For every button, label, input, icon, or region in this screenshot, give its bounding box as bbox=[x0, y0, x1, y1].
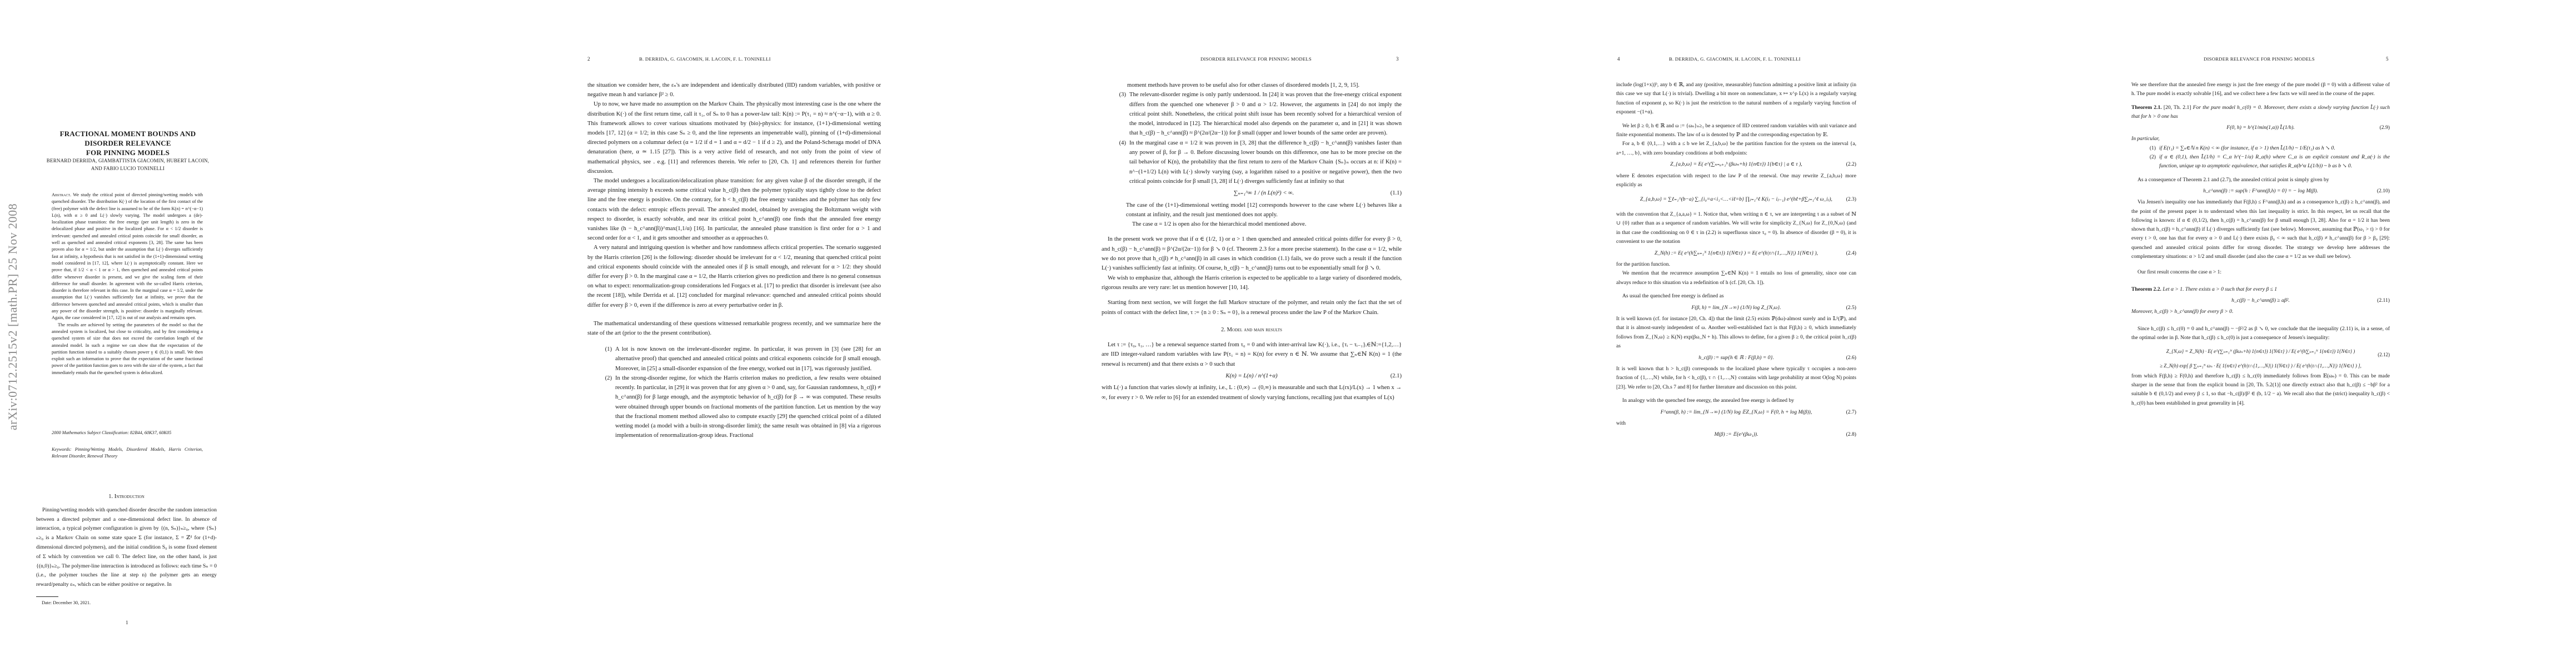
paragraph: Let τ := {τ₀, τ₁, …} be a renewal sequen… bbox=[1102, 340, 1402, 369]
paragraph: the situation we consider here, the εₙ's… bbox=[587, 81, 881, 99]
paragraph: for the partition function. bbox=[1616, 260, 1856, 269]
theorem-label: Theorem 2.1. bbox=[2131, 104, 2162, 111]
list-item: (4)In the marginal case α = 1/2 it was p… bbox=[1112, 138, 1402, 186]
paragraph: Via Jensen's inequality one has immediat… bbox=[2131, 198, 2390, 261]
equation-2-1: K(n) = L(n) / n^(1+α) (2.1) bbox=[1102, 369, 1402, 383]
paragraph: Starting from next section, we will forg… bbox=[1102, 298, 1402, 317]
page-1: FRACTIONAL MOMENT BOUNDS AND DISORDER RE… bbox=[0, 0, 515, 667]
paragraph: Up to now, we have made no assumption on… bbox=[587, 99, 881, 176]
footnote-date: Date: December 30, 2021. bbox=[36, 599, 217, 608]
page-number: 2 bbox=[587, 56, 590, 62]
equation-number: (2.9) bbox=[2380, 123, 2390, 132]
body-text: include (log(1+x))ᵇ, any b ∈ ℝ, and any … bbox=[1616, 81, 1856, 442]
body-text: moment methods have proven to be useful … bbox=[1102, 81, 1402, 402]
equation-number: (2.3) bbox=[1846, 195, 1856, 204]
equation-2-6: h_c(β) := sup{h ∈ ℝ : F(β,h) = 0}. (2.6) bbox=[1616, 351, 1856, 365]
page-number: 3 bbox=[1396, 56, 1399, 62]
paragraph: As a consequence of Theorem 2.1 and (2.7… bbox=[2131, 176, 2390, 185]
theorem-in-particular: In particular, bbox=[2131, 135, 2390, 143]
equation-2-3: Z_{a,b,ω} = ∑ℓ₌₁^(b−a) ∑_{i₀=a<i₁<…<iℓ=b… bbox=[1616, 190, 1856, 210]
paragraph: It is well known that h > h_c(β) corresp… bbox=[1616, 365, 1856, 392]
item-continuation: The case α = 1/2 is open also for the hi… bbox=[1112, 220, 1402, 229]
list-item: (2)In the strong-disorder regime, for wh… bbox=[597, 374, 881, 440]
paragraph: For a, b ∈ {0,1,…} with a ≤ b we let Z_{… bbox=[1616, 140, 1856, 158]
paragraph: The model undergoes a localization/deloc… bbox=[587, 176, 881, 243]
paragraph: We mention that the recurrence assumptio… bbox=[1616, 269, 1856, 287]
paragraph: We let β ≥ 0, h ∈ ℝ and ω := {ωₙ}ₙ≥₁ be … bbox=[1616, 122, 1856, 140]
body-text: We see therefore that the annealed free … bbox=[2131, 81, 2390, 408]
paragraph: from which F(β,h) ≥ F(0,h) and therefore… bbox=[2131, 372, 2390, 408]
equation-number: (2.5) bbox=[1846, 303, 1856, 312]
authors-line-1: BERNARD DERRIDA, GIAMBATTISTA GIACOMIN, … bbox=[42, 157, 214, 165]
msc-classification: 2000 Mathematics Subject Classification:… bbox=[52, 430, 203, 436]
title-block: FRACTIONAL MOMENT BOUNDS AND DISORDER RE… bbox=[42, 129, 214, 157]
page-number: 1 bbox=[126, 620, 128, 625]
equation-number: (2.10) bbox=[2377, 187, 2390, 196]
paragraph: It is well known (cf. for instance [20, … bbox=[1616, 315, 1856, 351]
equation-2-5: F(β, h) = lim_{N→∞} (1/N) log Z_{N,ω}. (… bbox=[1616, 301, 1856, 315]
state-of-art-list: (3)The relevant-disorder regime is only … bbox=[1102, 90, 1402, 229]
abstract-label: Abstract. bbox=[52, 192, 71, 197]
keywords: Keywords: Pinning/Wetting Models, Disord… bbox=[52, 446, 203, 460]
introduction: 1. Introduction Pinning/wetting models w… bbox=[36, 493, 217, 608]
equation-number: (1.1) bbox=[1391, 188, 1402, 198]
theorem-text: Let α > 1. There exists a > 0 such that … bbox=[2163, 286, 2277, 292]
list-item: (1)A lot is now known on the irrelevant-… bbox=[597, 345, 881, 374]
equation-2-12: Z_{N,ω} = Z_N(h) · E( e^(∑ₙ₌₁ᴺ (βωₙ+h) 1… bbox=[2131, 342, 2390, 372]
state-of-art-list: (1)A lot is now known on the irrelevant-… bbox=[587, 345, 881, 440]
theorem-moreover: Moreover, h_c(β) > h_c^ann(β) for every … bbox=[2131, 307, 2390, 316]
paragraph: with bbox=[1616, 419, 1856, 428]
equation-number: (2.12) bbox=[2378, 350, 2390, 359]
page-2: 2 B. DERRIDA, G. GIACOMIN, H. LACOIN, F.… bbox=[584, 0, 1099, 667]
equation-2-7: F^ann(β, h) := lim_{N→∞} (1/N) log 𝔼Z_{N… bbox=[1616, 406, 1856, 419]
abstract: Abstract. We study the critical point of… bbox=[52, 192, 203, 376]
authors-block: BERNARD DERRIDA, GIAMBATTISTA GIACOMIN, … bbox=[42, 157, 214, 172]
equation-number: (2.6) bbox=[1846, 354, 1856, 362]
paragraph: Our first result concerns the case α > 1… bbox=[2131, 268, 2390, 277]
page-number: 5 bbox=[2386, 56, 2389, 62]
equation-number: (2.7) bbox=[1846, 408, 1856, 417]
equation-2-4: Z_N(h) := E( e^(h∑ₙ₌₁ᴺ 1{n∈τ}) 1{N∈τ} ) … bbox=[1616, 247, 1856, 260]
paragraph: include (log(1+x))ᵇ, any b ∈ ℝ, and any … bbox=[1616, 81, 1856, 117]
list-continuation: moment methods have proven to be useful … bbox=[1102, 81, 1402, 90]
list-item: (2)if α ∈ (0,1), then L̂(1/h) = C_α h^(−… bbox=[2141, 153, 2390, 171]
equation-2-2: Z_{a,b,ω} = E( e^(∑ₙ₌ₐ₊₁ᵇ (βωₙ+h) 1{n∈τ}… bbox=[1616, 158, 1856, 171]
running-head: DISORDER RELEVANCE FOR PINNING MODELS bbox=[2204, 56, 2315, 62]
theorem-2-2: Theorem 2.2. Let α > 1. There exists a >… bbox=[2131, 285, 2390, 294]
theorem-2-1-list: (1)if E(τ₁) = ∑ₙ∈ℕ n K(n) < ∞ (for insta… bbox=[2131, 144, 2390, 171]
theorem-ref: [20, Th. 2.1] bbox=[2164, 104, 2191, 111]
section-heading-introduction: 1. Introduction bbox=[36, 493, 217, 501]
equation-2-11: h_c(β) − h_c^ann(β) ≥ aβ². (2.11) bbox=[2131, 294, 2390, 307]
equation-2-10: h_c^ann(β) := sup{h : F^ann(β,h) = 0} = … bbox=[2131, 185, 2390, 198]
paragraph: with L(·) a function that varies slowly … bbox=[1102, 383, 1402, 402]
page-3: DISORDER RELEVANCE FOR PINNING MODELS 3 … bbox=[1098, 0, 1613, 667]
running-head: B. DERRIDA, G. GIACOMIN, H. LACOIN, F. L… bbox=[639, 56, 771, 62]
equation-2-8: M(β) := 𝔼(e^(βω₁)). (2.8) bbox=[1616, 428, 1856, 441]
equation-number: (2.11) bbox=[2377, 296, 2390, 305]
paper-title-line-2: FOR PINNING MODELS bbox=[42, 148, 214, 157]
authors-line-2: AND FABIO LUCIO TONINELLI bbox=[42, 165, 214, 172]
section-heading-model: 2. Model and main results bbox=[1102, 325, 1402, 335]
paragraph: We wish to emphasize that, although the … bbox=[1102, 273, 1402, 293]
page-5: DISORDER RELEVANCE FOR PINNING MODELS 5 … bbox=[2126, 0, 2576, 667]
theorem-2-1: Theorem 2.1. [20, Th. 2.1] For the pure … bbox=[2131, 103, 2390, 122]
equation-number: (2.2) bbox=[1846, 160, 1856, 169]
footnote-rule bbox=[36, 596, 58, 597]
paragraph: As usual the quenched free energy is def… bbox=[1616, 292, 1856, 301]
paragraph: where E denotes expectation with respect… bbox=[1616, 172, 1856, 190]
page-number: 4 bbox=[1617, 56, 1620, 62]
page-4: 4 B. DERRIDA, G. GIACOMIN, H. LACOIN, F.… bbox=[1612, 0, 2127, 667]
equation-number: (2.4) bbox=[1846, 249, 1856, 258]
paragraph: We see therefore that the annealed free … bbox=[2131, 81, 2390, 99]
paragraph: Since h_c(β) ≤ h_c(0) = 0 and h_c^ann(β)… bbox=[2131, 325, 2390, 343]
paragraph: The mathematical understanding of these … bbox=[587, 319, 881, 338]
equation-number: (2.1) bbox=[1391, 371, 1402, 381]
list-item: (1)if E(τ₁) = ∑ₙ∈ℕ n K(n) < ∞ (for insta… bbox=[2141, 144, 2390, 153]
theorem-label: Theorem 2.2. bbox=[2131, 286, 2161, 292]
equation-number: (2.8) bbox=[1846, 430, 1856, 439]
running-head: B. DERRIDA, G. GIACOMIN, H. LACOIN, F. L… bbox=[1669, 56, 1801, 62]
equation-1-1: ∑ₙ₌₁^∞ 1 / (n L(n)²) < ∞. (1.1) bbox=[1126, 186, 1402, 200]
abstract-text-2: The results are achieved by setting the … bbox=[52, 322, 203, 376]
item-continuation: The case of the (1+1)-dimensional wettin… bbox=[1112, 201, 1402, 220]
running-head: DISORDER RELEVANCE FOR PINNING MODELS bbox=[1200, 56, 1312, 62]
equation-2-9: F(0, h) = h^(1/min(1,α)) L̂(1/h). (2.9) bbox=[2131, 121, 2390, 135]
paragraph: with the convention that Z_{a,a,ω} = 1. … bbox=[1616, 210, 1856, 247]
intro-paragraph-1: Pinning/wetting models with quenched dis… bbox=[36, 506, 217, 590]
body-text: the situation we consider here, the εₙ's… bbox=[587, 81, 881, 440]
paragraph: In analogy with the quenched free energy… bbox=[1616, 396, 1856, 405]
paragraph: In the present work we prove that if α ∈… bbox=[1102, 235, 1402, 273]
list-item: (3)The relevant-disorder regime is only … bbox=[1112, 90, 1402, 138]
paper-title-line-1: FRACTIONAL MOMENT BOUNDS AND DISORDER RE… bbox=[42, 129, 214, 148]
abstract-text-1: We study the critical point of directed … bbox=[52, 192, 203, 320]
paragraph: A very natural and intriguing question i… bbox=[587, 243, 881, 310]
